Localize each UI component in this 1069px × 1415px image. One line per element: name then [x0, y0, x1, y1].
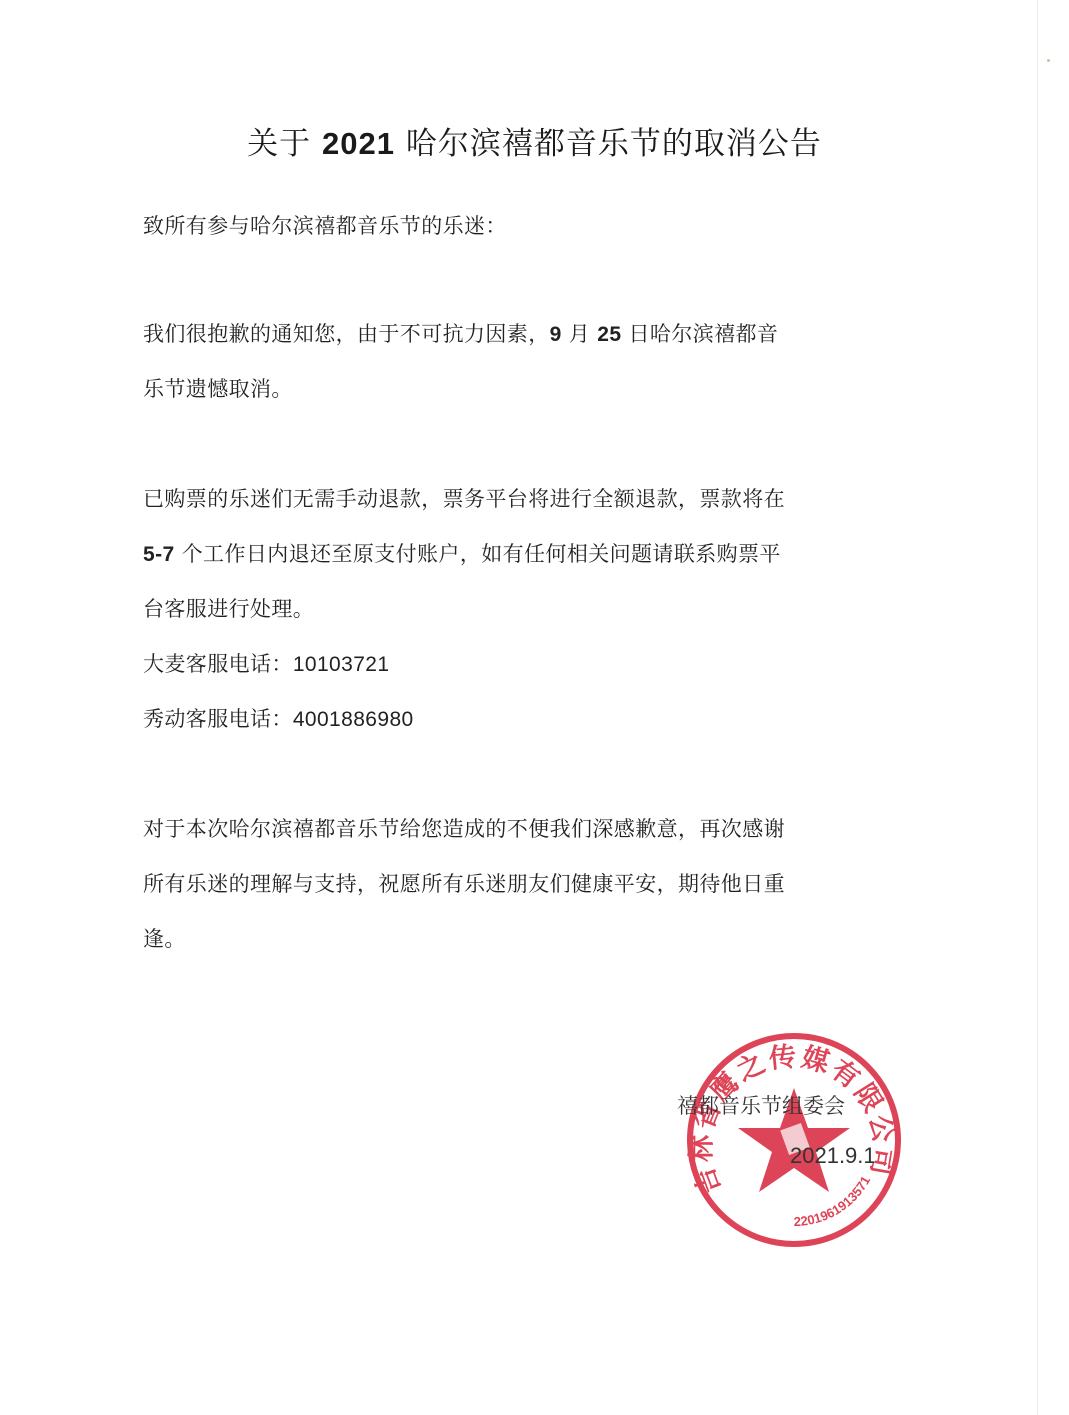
para1-line1: 我们很抱歉的通知您，由于不可抗力因素，9 月 25 日哈尔滨禧都音 [143, 318, 778, 348]
para1-text-end: 日哈尔滨禧都音 [621, 322, 778, 346]
para3-line2: 所有乐迷的理解与支持，祝愿所有乐迷朋友们健康平安，期待他日重 [143, 868, 785, 898]
event-month: 9 [550, 323, 562, 346]
para2-line1: 已购票的乐迷们无需手动退款，票务平台将进行全额退款，票款将在 [143, 483, 785, 513]
notice-date: 2021.9.1 [790, 1143, 876, 1169]
contact-label: 大麦客服电话： [143, 652, 293, 676]
title-prefix: 关于 [247, 126, 322, 162]
title-year: 2021 [322, 126, 395, 161]
month-label: 月 [562, 322, 598, 346]
title-suffix: 哈尔滨禧都音乐节的取消公告 [395, 126, 822, 162]
contact-phone: 4001886980 [293, 708, 414, 731]
company-seal-stamp: 吉林省鹰之传媒有限公司 2201961913571 [684, 1030, 904, 1250]
para1-text: 我们很抱歉的通知您，由于不可抗力因素， [143, 322, 550, 346]
para2-text: 个工作日内退还至原支付账户，如有任何相关问题请联系购票平 [175, 542, 781, 566]
para3-line1: 对于本次哈尔滨禧都音乐节给您造成的不便我们深感歉意，再次感谢 [143, 813, 785, 843]
paper-speck [1047, 59, 1050, 62]
para2-line3: 台客服进行处理。 [143, 593, 314, 623]
event-day: 25 [597, 323, 621, 346]
notice-title: 关于 2021 哈尔滨禧都音乐节的取消公告 [0, 118, 1069, 163]
contact-phone: 10103721 [293, 653, 390, 676]
salutation: 致所有参与哈尔滨禧都音乐节的乐迷： [143, 210, 507, 240]
contact-damai: 大麦客服电话：10103721 [143, 648, 389, 678]
refund-days: 5-7 [143, 543, 175, 566]
contact-label: 秀动客服电话： [143, 707, 293, 731]
para3-line3: 逢。 [143, 923, 186, 953]
para2-line2: 5-7 个工作日内退还至原支付账户，如有任何相关问题请联系购票平 [143, 538, 781, 568]
organizer-name: 禧都音乐节组委会 [677, 1090, 845, 1120]
para1-line2: 乐节遗憾取消。 [143, 373, 293, 403]
page-edge [1037, 0, 1038, 1415]
contact-showstart: 秀动客服电话：4001886980 [143, 703, 414, 733]
